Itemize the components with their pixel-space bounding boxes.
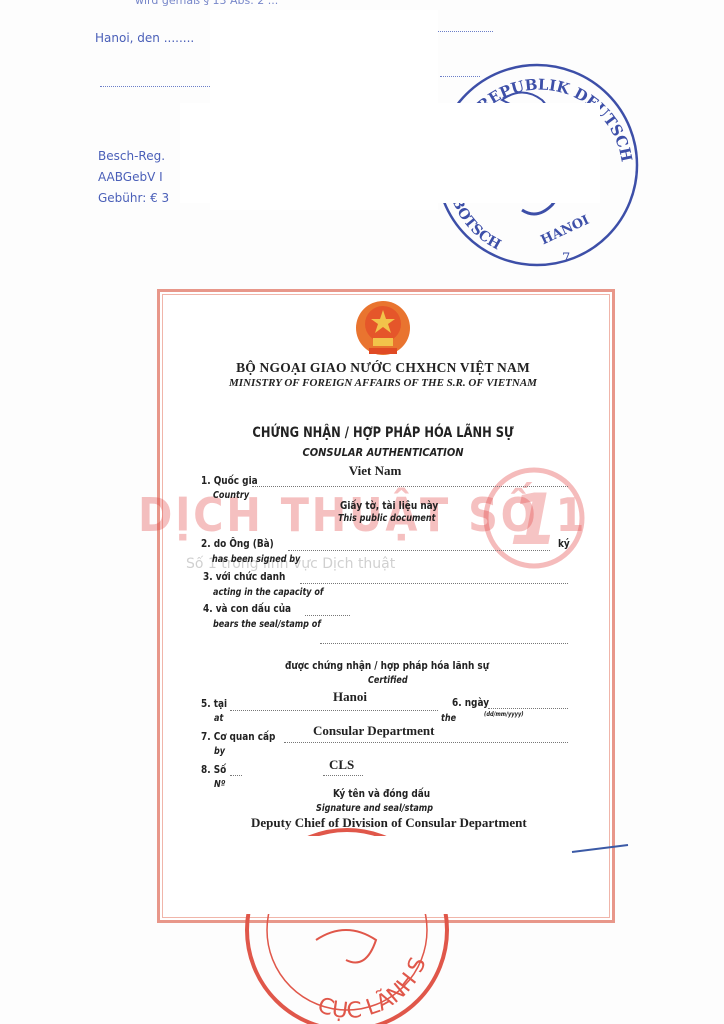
redaction bbox=[180, 103, 600, 203]
number-line-2 bbox=[323, 775, 363, 776]
document-label: Giấy tờ, tài liệu này bbox=[340, 500, 438, 512]
place-line bbox=[230, 710, 438, 711]
date-label-en: the bbox=[441, 713, 456, 724]
capacity-line bbox=[300, 583, 568, 584]
fee-line-gebuhr: Gebühr: € 3 bbox=[98, 188, 169, 209]
fee-block: Besch-Reg. AABGebV I Gebühr: € 3 bbox=[98, 146, 169, 209]
country-label-en: Country bbox=[213, 490, 249, 501]
authority-line bbox=[284, 742, 568, 743]
signed-by-label: 2. do Ông (Bà) bbox=[201, 538, 274, 550]
capacity-label: 3. với chức danh bbox=[203, 571, 285, 583]
number-line bbox=[230, 775, 242, 776]
svg-text:1: 1 bbox=[510, 479, 559, 561]
date-hint: (dd/mm/yyyy) bbox=[484, 711, 524, 718]
ministry-name-en: MINISTRY OF FOREIGN AFFAIRS OF THE S.R. … bbox=[160, 377, 606, 389]
number-value: CLS bbox=[329, 757, 354, 773]
place-date-label: Hanoi, den ........ bbox=[95, 31, 194, 45]
country-label: 1. Quốc gia bbox=[201, 475, 258, 487]
embassy-top-line: wird gemäß § 13 Abs. 2 ... bbox=[135, 0, 278, 7]
certified-label-en: Certified bbox=[368, 675, 408, 686]
certified-label: được chứng nhận / hợp pháp hóa lãnh sự bbox=[285, 660, 489, 672]
number-label-en: Nº bbox=[214, 779, 225, 790]
certificate-title-en: CONSULAR AUTHENTICATION bbox=[182, 446, 583, 459]
dotted-line bbox=[438, 31, 493, 32]
pen-stroke bbox=[570, 840, 630, 860]
vietnam-emblem-icon bbox=[353, 298, 413, 358]
place-value: Hanoi bbox=[320, 689, 380, 705]
watermark-logo-icon: 1 bbox=[482, 466, 586, 570]
country-value: Viet Nam bbox=[330, 463, 420, 479]
dotted-line bbox=[100, 86, 210, 87]
signed-suffix: ký bbox=[558, 538, 570, 550]
signed-by-line bbox=[288, 550, 550, 551]
signature-label-en: Signature and seal/stamp bbox=[316, 803, 433, 814]
date-line bbox=[488, 708, 568, 709]
seal-line bbox=[305, 615, 350, 616]
capacity-label-en: acting in the capacity of bbox=[213, 587, 323, 598]
country-line bbox=[252, 486, 568, 487]
stamp-city: HANOI bbox=[539, 213, 592, 248]
document-label-en: This public document bbox=[338, 513, 435, 524]
place-label-en: at bbox=[214, 713, 223, 724]
seal-line-2 bbox=[320, 643, 568, 644]
number-label: 8. Số bbox=[201, 764, 226, 776]
fee-line-reg: Besch-Reg. bbox=[98, 146, 169, 167]
authority-value: Consular Department bbox=[313, 723, 434, 739]
authority-label-en: by bbox=[214, 746, 225, 757]
seal-label-en: bears the seal/stamp of bbox=[213, 619, 321, 630]
date-label: 6. ngày bbox=[452, 697, 489, 709]
stamp-number: 7 bbox=[562, 251, 570, 266]
authority-label: 7. Cơ quan cấp bbox=[201, 731, 275, 743]
signed-by-label-en: has been signed by bbox=[212, 554, 300, 565]
fee-line-aabgebv: AABGebV I bbox=[98, 167, 169, 188]
certificate-title-vn: CHỨNG NHẬN / HỢP PHÁP HÓA LÃNH SỰ bbox=[200, 425, 566, 441]
signature-label: Ký tên và đóng dấu bbox=[333, 788, 430, 800]
seal-label: 4. và con dấu của bbox=[203, 603, 291, 615]
ministry-name-vn: BỘ NGOẠI GIAO NƯỚC CHXHCN VIỆT NAM bbox=[160, 360, 606, 376]
redaction bbox=[242, 836, 452, 914]
place-label: 5. tại bbox=[201, 698, 227, 710]
